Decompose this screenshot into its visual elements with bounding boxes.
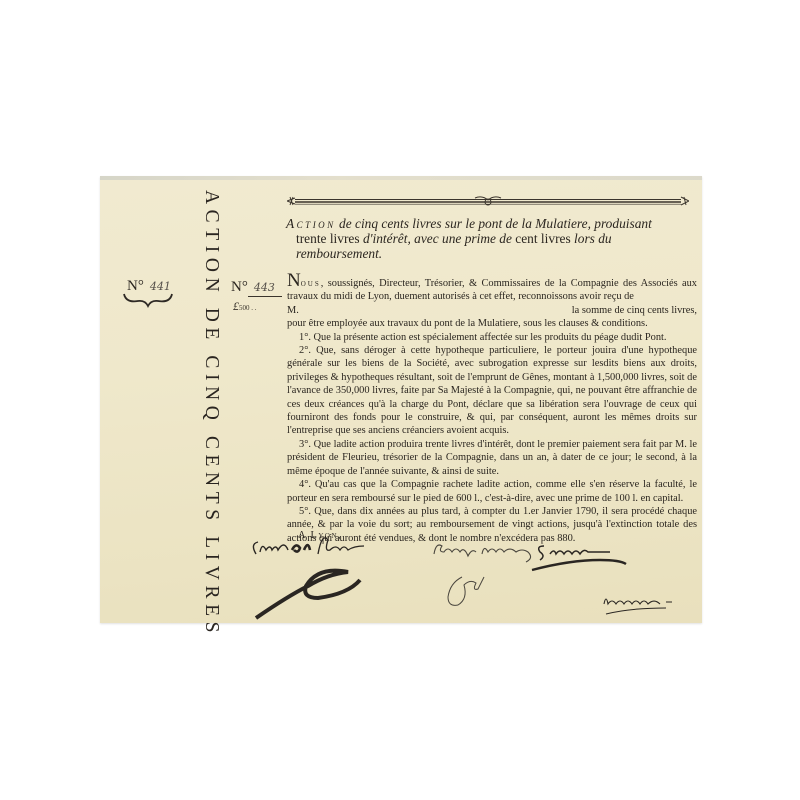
brace-icon	[122, 292, 174, 308]
signature-icon	[440, 571, 490, 611]
signature-gay	[440, 571, 490, 616]
signature-icon	[530, 538, 640, 578]
clause-3: 3°. Que ladite action produira trente li…	[287, 438, 697, 478]
certificate-number: N°443	[231, 279, 275, 296]
clause-1: 1°. Que la présente action est spécialem…	[287, 331, 697, 344]
signature-icon	[430, 538, 540, 568]
clause-2: 2°. Que, sans déroger à cette hypotheque…	[287, 344, 697, 438]
signature-icon	[248, 536, 418, 626]
signature-icon	[600, 590, 680, 620]
certificate-number-handwritten: 443	[254, 281, 275, 294]
opening-paragraph: Nous, soussignés, Directeur, Trésorier, …	[287, 276, 697, 304]
signature-savaron	[530, 538, 640, 583]
certificate-title: Action de cinq cents livres sur le pont …	[286, 216, 698, 261]
certificate-paper: ACTION DE CINQ CENTS LIVRES N°441 N°443 …	[100, 176, 702, 623]
recipient-line: M. la somme de cinq cents livres,	[287, 304, 697, 317]
signature-laurencin	[600, 590, 680, 625]
signature-de-laurieu	[430, 538, 540, 573]
amount-handwritten: 500	[239, 304, 250, 312]
number-underline	[248, 296, 282, 297]
certificate-amount: £500 . .	[233, 299, 257, 314]
signature-claret-de-fleurieu	[248, 536, 418, 631]
clause-4: 4°. Qu'au cas que la Compagnie rachete l…	[287, 478, 697, 505]
certificate-body: Nous, soussignés, Directeur, Trésorier, …	[287, 276, 697, 545]
spine-title: ACTION DE CINQ CENTS LIVRES	[200, 190, 222, 638]
stub-spine: ACTION DE CINQ CENTS LIVRES	[196, 186, 228, 626]
ornamental-rule-icon	[287, 195, 689, 207]
certificate-number-label: N°	[231, 279, 248, 295]
